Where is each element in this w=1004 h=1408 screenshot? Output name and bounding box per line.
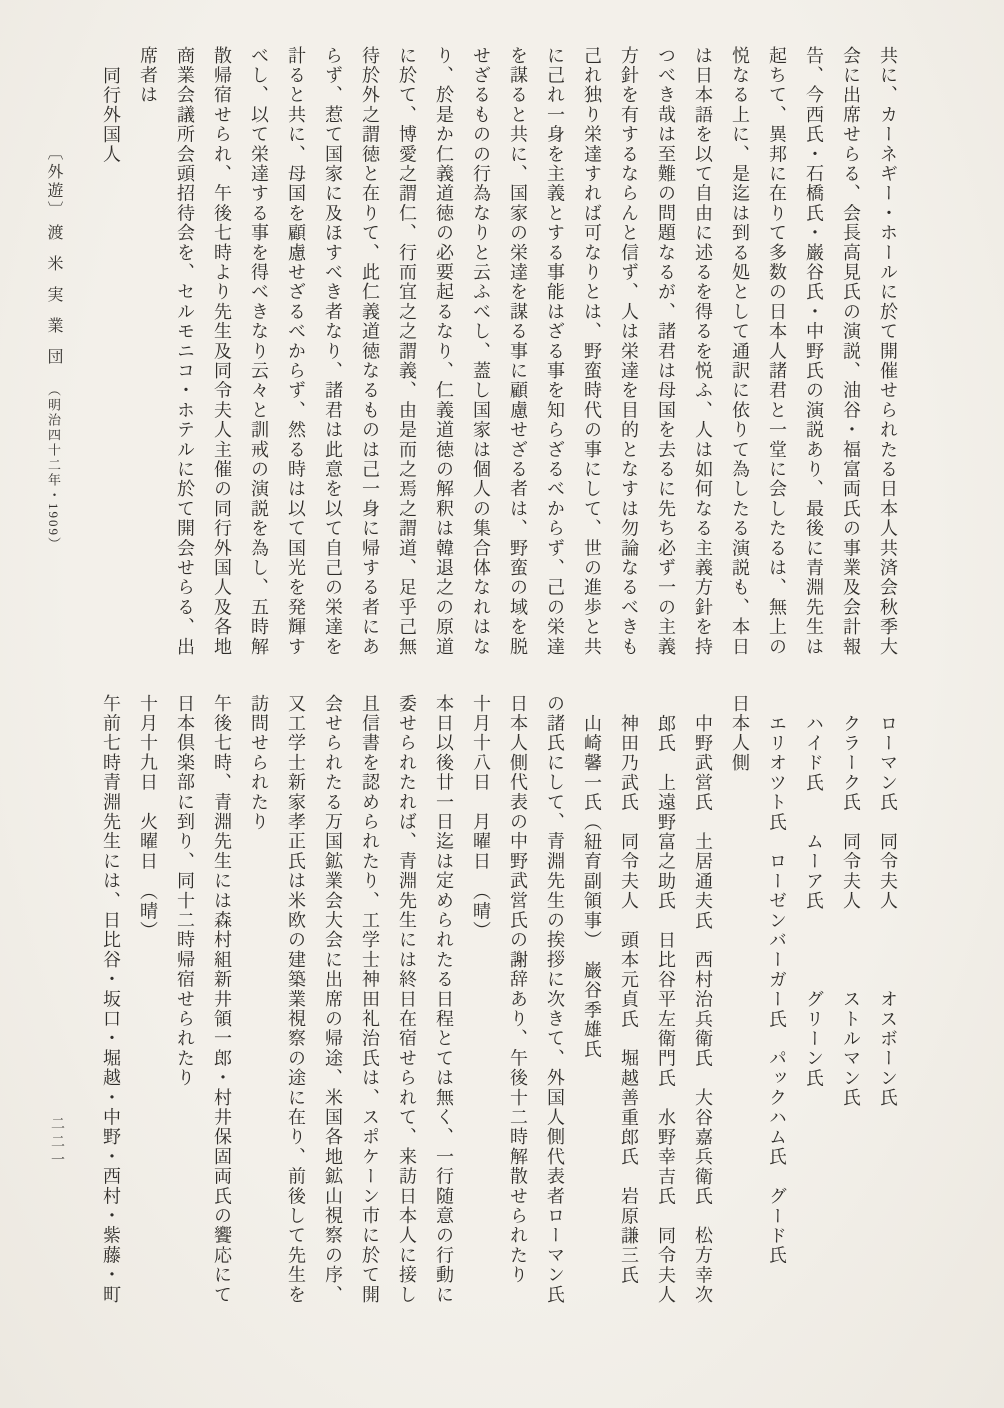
text-column: の諸氏にして、青淵先生の挨拶に次きて、外国人側代表者ローマン氏 xyxy=(536,694,573,1350)
text-column: 日本人側代表の中野武営氏の謝辞あり、午後十二時解散せられたり xyxy=(499,694,536,1350)
text-column-attendee-heading: 同行外国人 xyxy=(92,46,129,686)
text-column: り、於是か仁義道徳の必要起るなり、仁義道徳の解釈は韓退之の原道 xyxy=(425,46,462,686)
text-column: 計ると共に、母国を顧慮せざるべからず、然る時は以て国光を発輝す xyxy=(277,46,314,686)
text-column: 且信書を認められたり、工学士神田礼治氏は、スポケーン市に於て開 xyxy=(351,694,388,1350)
book-page: 〔外遊〕 渡米実業団 （明治四十二年・1909） 共に、カーネギー・ホールに於て… xyxy=(0,0,1004,1408)
section-genre-label: 〔外遊〕 xyxy=(45,144,62,220)
text-column: 商業会議所会頭招待会を、セルモニコ・ホテルに於て開会せらる、出 xyxy=(166,46,203,686)
name-list-column: クラーク氏 同令夫人 ストルマン氏 xyxy=(832,694,869,1350)
text-column: 日本倶楽部に到り、同十二時帰宿せられたり xyxy=(166,694,203,1350)
japanese-side-heading: 日本人側 xyxy=(721,694,758,1350)
text-column: 会せられたる万国鉱業会大会に出席の帰途、米国各地鉱山視察の序、 xyxy=(314,694,351,1350)
text-column: を謀ると共に、国家の栄達を謀る事に顧慮せざる者は、野蛮の域を脱 xyxy=(499,46,536,686)
text-column: 席者は xyxy=(129,46,166,686)
text-column: 本日以後廿一日迄は定められたる日程とては無く、一行随意の行動に xyxy=(425,694,462,1350)
text-column: 方針を有するならんと信ず、人は栄達を目的となすは勿論なるべきも xyxy=(610,46,647,686)
name-list-column: ハイド氏 ムーア氏 グリーン氏 xyxy=(795,694,832,1350)
date-heading-column: 十月十八日 月曜日 （晴） xyxy=(462,694,499,1350)
text-column: べし、以て栄達する事を得べきなり云々と訓戒の演説を為し、五時解 xyxy=(240,46,277,686)
text-column: 午後七時、青淵先生には森村組新井領一郎・村井保固両氏の饗応にて xyxy=(203,694,240,1350)
text-column: らず、惹て国家に及ほすべき者なり、諸君は此意を以て自己の栄達を xyxy=(314,46,351,686)
date-heading-column: 十月十九日 火曜日 （晴） xyxy=(129,694,166,1350)
text-column: 散帰宿せられ、午後七時より先生及同令夫人主催の同行外国人及各地 xyxy=(203,46,240,686)
upper-text-block: 共に、カーネギー・ホールに於て開催せられたる日本人共済会秋季大 会に出席せらる、… xyxy=(92,46,906,686)
text-column: 又工学士新家孝正氏は米欧の建築業視察の途に在り、前後して先生を xyxy=(277,694,314,1350)
name-list-column: 郎氏 上遠野富之助氏 日比谷平左衛門氏 水野幸吉氏 同令夫人 xyxy=(647,694,684,1350)
text-column: 起ちて、異邦に在りて多数の日本人諸君と一堂に会したるは、無上の xyxy=(758,46,795,686)
text-column: 待於外之謂徳と在りて、此仁義道徳なるものは己一身に帰する者にあ xyxy=(351,46,388,686)
section-title: 渡米実業団 xyxy=(42,224,95,379)
name-list-column: ローマン氏 同令夫人 オスボーン氏 xyxy=(869,694,906,1350)
section-subtitle-year: （明治四十二年・1909） xyxy=(44,383,79,552)
text-column: 告、今西氏・石橋氏・巌谷氏・中野氏の演説あり、最後に青淵先生は xyxy=(795,46,832,686)
text-column: に己れ一身を主義とする事能はざる事を知らざるべからず、己の栄達 xyxy=(536,46,573,686)
text-column: 午前七時青淵先生には、日比谷・坂口・堀越・中野・西村・紫藤・町 xyxy=(92,694,129,1350)
page-number: 二二一 xyxy=(46,1116,66,1170)
lower-text-block: ローマン氏 同令夫人 オスボーン氏 クラーク氏 同令夫人 ストルマン氏 ハイド氏… xyxy=(92,694,906,1350)
name-list-column: エリオツト氏 ローゼンバーガー氏 パックハム氏 グード氏 xyxy=(758,694,795,1350)
text-column: 悦なる上に、是迄は到る処として通訳に依りて為したる演説も、本日 xyxy=(721,46,758,686)
text-column: は日本語を以て自由に述るを得るを悦ふ、人は如何なる主義方針を持 xyxy=(684,46,721,686)
name-list-column: 中野武営氏 土居通夫氏 西村治兵衛氏 大谷嘉兵衛氏 松方幸次 xyxy=(684,694,721,1350)
gutter-running-head: 〔外遊〕 渡米実業団 （明治四十二年・1909） xyxy=(42,144,95,552)
text-column: 委せられたれば、青淵先生には終日在宿せられて、来訪日本人に接し xyxy=(388,694,425,1350)
name-list-column: 神田乃武氏 同令夫人 頭本元貞氏 堀越善重郎氏 岩原謙三氏 xyxy=(610,694,647,1350)
text-column: に於て、博愛之謂仁、行而宜之之謂義、由是而之焉之謂道、足乎己無 xyxy=(388,46,425,686)
text-column: せざるものの行為なりと云ふべし、蓋し国家は個人の集合体なれはな xyxy=(462,46,499,686)
name-list-column: 山崎馨一氏（紐育副領事） 巌谷季雄氏 xyxy=(573,694,610,1350)
text-column: つべき哉は至難の問題なるが、諸君は母国を去るに先ち必ず一の主義 xyxy=(647,46,684,686)
text-column: 訪問せられたり xyxy=(240,694,277,1350)
text-column: 会に出席せらる、会長高見氏の演説、油谷・福富両氏の事業及会計報 xyxy=(832,46,869,686)
text-column: 共に、カーネギー・ホールに於て開催せられたる日本人共済会秋季大 xyxy=(869,46,906,686)
text-column: 己れ独り栄達すれば可なりとは、野蛮時代の事にして、世の進歩と共 xyxy=(573,46,610,686)
